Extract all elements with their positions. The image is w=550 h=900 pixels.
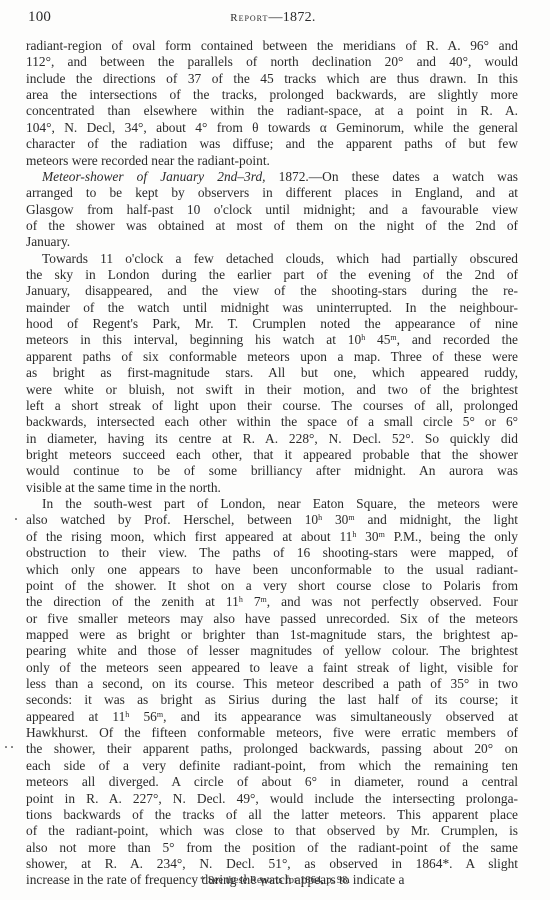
text-line: left a short streak of light upon their … bbox=[26, 398, 518, 414]
text-line: hood of Regent's Park, Mr. T. Crumplen n… bbox=[26, 316, 518, 332]
text-line: of the shower was obtained at most of th… bbox=[26, 218, 518, 234]
text-line: arranged to be kept by observers in diff… bbox=[26, 185, 518, 201]
text-line: obstruction to their view. The paths of … bbox=[26, 545, 518, 561]
text-line: bright meteors succeed each other, that … bbox=[26, 447, 518, 463]
document-page: 100 Report—1872. radiant-region of oval … bbox=[0, 0, 550, 900]
text-line: visible at the same time in the north. bbox=[26, 480, 518, 496]
text-line: the shower, their apparent paths, prolon… bbox=[26, 741, 518, 757]
time-unit-superscript: h bbox=[352, 530, 356, 539]
text-line: in diameter, having its centre at R. A. … bbox=[26, 431, 518, 447]
text-line: Hawkhurst. Of the fifteen conformable me… bbox=[26, 725, 518, 741]
text-line: which only one appears to have been unco… bbox=[26, 562, 518, 578]
text-line: include the directions of 37 of the 45 t… bbox=[26, 71, 518, 87]
text-line: January. bbox=[26, 234, 518, 250]
text-line: Glasgow from half-past 10 o'clock until … bbox=[26, 202, 518, 218]
text-line: as bright as first-magnitude stars. All … bbox=[26, 365, 518, 381]
running-title-year: —1872. bbox=[268, 10, 315, 25]
scan-speck bbox=[11, 746, 13, 748]
running-title: Report—1872. bbox=[28, 10, 518, 26]
time-unit-superscript: m bbox=[261, 595, 267, 604]
text-line: 112°, and between the parallels of north… bbox=[26, 54, 518, 70]
text-line: apparent paths of six conformable meteor… bbox=[26, 349, 518, 365]
text-line: were white or bluish, not swift in their… bbox=[26, 382, 518, 398]
text-line: tions backwards of the tracks of all the… bbox=[26, 807, 518, 823]
text-line: only of the meteors seen appeared to lea… bbox=[26, 660, 518, 676]
paragraph: radiant-region of oval form contained be… bbox=[26, 38, 518, 169]
time-unit-superscript: m bbox=[348, 513, 354, 522]
text-line: meteors all diverged. A circle of about … bbox=[26, 774, 518, 790]
text-line: of the radiant-point, which was close to… bbox=[26, 823, 518, 839]
text-line: or five smaller meteors may also have pa… bbox=[26, 611, 518, 627]
scan-speck bbox=[5, 746, 7, 748]
text-line: character of the radiation was diffuse; … bbox=[26, 136, 518, 152]
text-line: seconds: it was as bright as Sirius duri… bbox=[26, 692, 518, 708]
text-line: 104°, N. Decl, 34°, about 4° from θ towa… bbox=[26, 120, 518, 136]
paragraph: In the south-west part of London, near E… bbox=[26, 496, 518, 889]
time-unit-superscript: m bbox=[390, 333, 396, 342]
text-line: area the intersections of the tracks, pr… bbox=[26, 87, 518, 103]
text-line: concentrated than elsewhere within the r… bbox=[26, 103, 518, 119]
text-line: appeared at 11h 56m, and its appearance … bbox=[26, 709, 518, 725]
body-text: radiant-region of oval form contained be… bbox=[26, 38, 518, 889]
running-head: 100 Report—1872. bbox=[28, 9, 518, 31]
time-unit-superscript: h bbox=[318, 513, 322, 522]
time-unit-superscript: m bbox=[379, 530, 385, 539]
text-line: pearing white and those of lesser magnit… bbox=[26, 643, 518, 659]
time-unit-superscript: h bbox=[239, 595, 243, 604]
text-line: less than a second, on its course. This … bbox=[26, 676, 518, 692]
text-line: would continue to be of some brilliancy … bbox=[26, 463, 518, 479]
text-line: also watched by Prof. Herschel, between … bbox=[26, 512, 518, 528]
running-title-smallcaps: Report bbox=[230, 12, 268, 24]
text-line: meteors were recorded near the radiant-p… bbox=[26, 153, 518, 169]
text-line: of the rising moon, which first appeared… bbox=[26, 529, 518, 545]
text-line: the sky in London during the earlier par… bbox=[26, 267, 518, 283]
text-line: mainder of the watch until midnight was … bbox=[26, 300, 518, 316]
time-unit-superscript: h bbox=[125, 710, 129, 719]
text-line: radiant-region of oval form contained be… bbox=[26, 38, 518, 54]
text-line: shower, at R. A. 234°, N. Decl. 51°, as … bbox=[26, 856, 518, 872]
text-line: also not more than 5° from the position … bbox=[26, 840, 518, 856]
paragraph: Towards 11 o'clock a few detached clouds… bbox=[26, 251, 518, 496]
text-line: the direction of the zenith at 11h 7m, a… bbox=[26, 594, 518, 610]
time-unit-superscript: h bbox=[361, 333, 365, 342]
footnote: * See these Reports for 1864, p. 98. bbox=[0, 875, 550, 886]
section-heading-italic: Meteor-shower of January 2nd–3rd, bbox=[42, 169, 266, 184]
text-line: January, disappeared, and the view of th… bbox=[26, 283, 518, 299]
text-line: meteors in this interval, beginning his … bbox=[26, 332, 518, 348]
text-line: Towards 11 o'clock a few detached clouds… bbox=[26, 251, 518, 267]
time-unit-superscript: m bbox=[157, 710, 163, 719]
paragraph: Meteor-shower of January 2nd–3rd, 1872.—… bbox=[26, 169, 518, 251]
text-line: point in R. A. 227°, N. Decl. 49°, would… bbox=[26, 791, 518, 807]
text-line: point of the shower. It shot on a very s… bbox=[26, 578, 518, 594]
scan-speck bbox=[15, 518, 17, 520]
text-line: each side of a very definite radiant-poi… bbox=[26, 758, 518, 774]
text-line: mapped were as bright or brighter than 1… bbox=[26, 627, 518, 643]
text-line: In the south-west part of London, near E… bbox=[26, 496, 518, 512]
text-line: Meteor-shower of January 2nd–3rd, 1872.—… bbox=[26, 169, 518, 185]
text-line: backwards, intersected each other within… bbox=[26, 414, 518, 430]
